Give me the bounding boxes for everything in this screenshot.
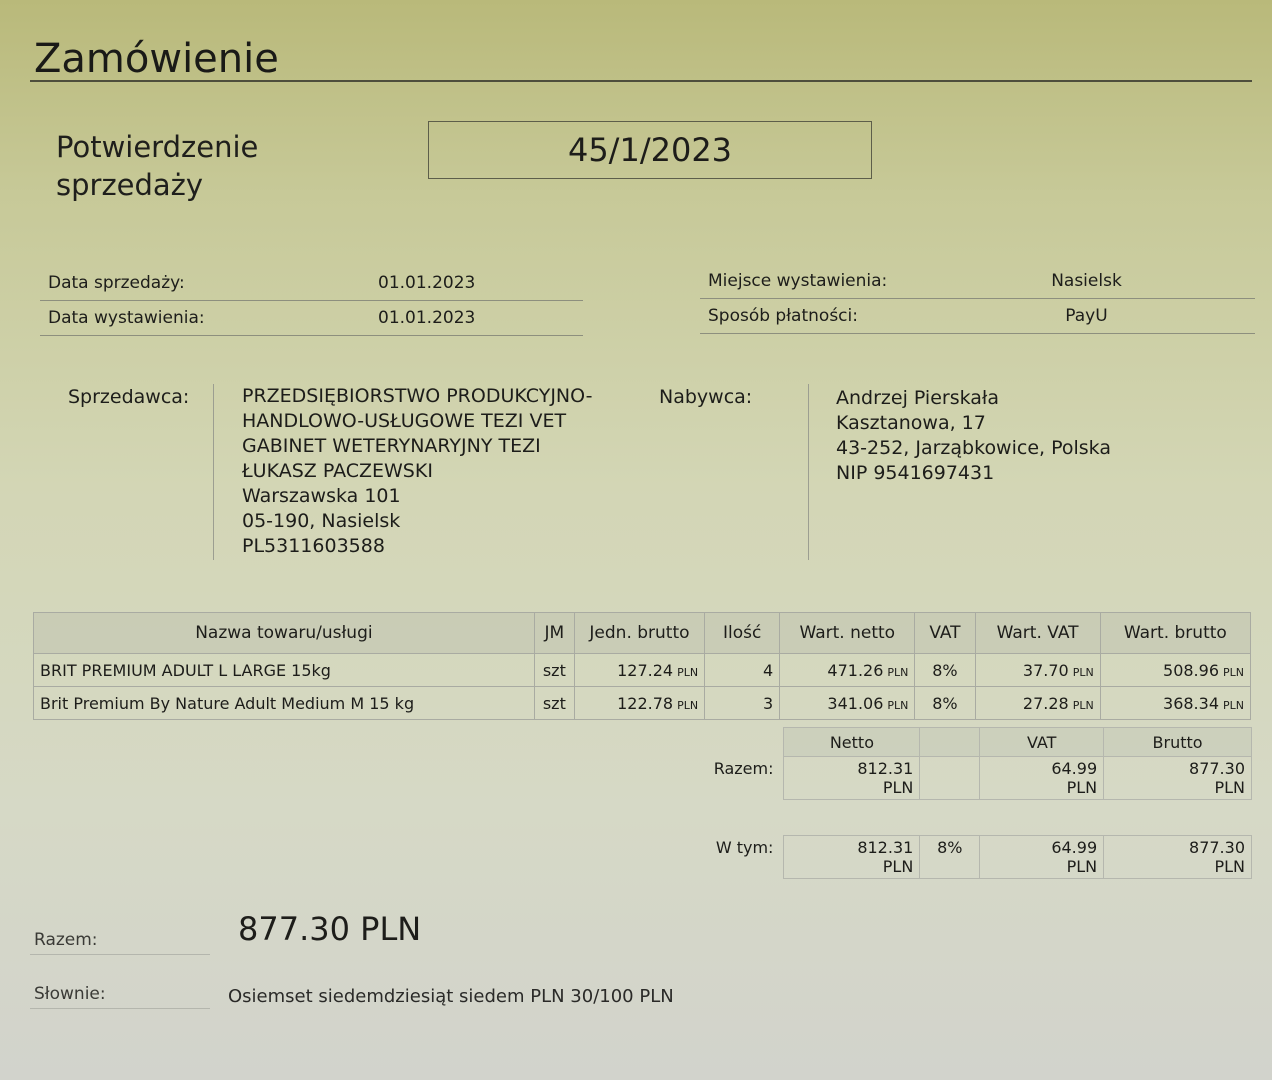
seller-line: 05-190, Nasielsk: [242, 509, 593, 534]
place-row: Miejsce wystawienia: Nasielsk: [700, 264, 1255, 299]
col-unit: JM: [534, 613, 574, 654]
item-vat: 37.70PLN: [975, 654, 1100, 687]
item-gross: 368.34PLN: [1100, 687, 1250, 720]
seller-line: Warszawska 101: [242, 484, 593, 509]
breakdown-row: W tym: 812.31PLN 8% 64.99PLN 877.30PLN: [700, 836, 1252, 879]
items-header-row: Nazwa towaru/usługi JM Jedn. brutto Iloś…: [34, 613, 1251, 654]
item-qty: 3: [705, 687, 780, 720]
amount-in-words-value: Osiemset siedemdziesiąt siedem PLN 30/10…: [228, 986, 674, 1007]
item-unit-gross: 122.78PLN: [574, 687, 704, 720]
item-qty: 4: [705, 654, 780, 687]
col-net: Wart. netto: [780, 613, 915, 654]
buyer-separator: [808, 384, 809, 560]
item-unit-gross: 127.24PLN: [574, 654, 704, 687]
col-name: Nazwa towaru/usługi: [34, 613, 535, 654]
title-divider: [30, 80, 1252, 82]
summary-net-header: Netto: [784, 728, 920, 757]
grand-total-label: Razem:: [34, 930, 98, 950]
place-value: Nasielsk: [968, 271, 1255, 291]
document-type-line-2: sprzedaży: [56, 166, 258, 204]
item-vat-rate: 8%: [915, 654, 975, 687]
breakdown-net: 812.31PLN: [784, 836, 920, 879]
buyer-line: 43-252, Jarząbkowice, Polska: [836, 436, 1111, 461]
buyer-line: Andrzej Pierskała: [836, 386, 1111, 411]
total-underline: [30, 954, 210, 955]
issue-date-row: Data wystawienia: 01.01.2023: [40, 301, 583, 336]
issue-date-label: Data wystawienia:: [40, 308, 378, 328]
seller-separator: [213, 384, 214, 560]
item-unit: szt: [534, 654, 574, 687]
seller-line: PL5311603588: [242, 534, 593, 559]
buyer-details: Andrzej PierskałaKasztanowa, 1743-252, J…: [836, 386, 1111, 486]
seller-label: Sprzedawca:: [68, 386, 189, 408]
seller-line: HANDLOWO-USŁUGOWE TEZI VET: [242, 409, 593, 434]
buyer-line: NIP 9541697431: [836, 461, 1111, 486]
item-net: 471.26PLN: [780, 654, 915, 687]
table-row: BRIT PREMIUM ADULT L LARGE 15kgszt127.24…: [34, 654, 1251, 687]
summary-total-net: 812.31PLN: [784, 757, 920, 800]
items-table: Nazwa towaru/usługi JM Jedn. brutto Iloś…: [33, 612, 1251, 720]
summary-gross-header: Brutto: [1104, 728, 1252, 757]
document-type-line-1: Potwierdzenie: [56, 128, 258, 166]
words-underline: [30, 1008, 210, 1009]
buyer-label: Nabywca:: [659, 386, 752, 408]
summary-total-row: Razem: 812.31PLN 64.99PLN 877.30PLN: [700, 757, 1252, 800]
payment-row: Sposób płatności: PayU: [700, 299, 1255, 334]
col-vat-rate: VAT: [915, 613, 975, 654]
page-title: Zamówienie: [34, 36, 279, 82]
item-vat-rate: 8%: [915, 687, 975, 720]
summary-total-gross: 877.30PLN: [1104, 757, 1252, 800]
sale-date-label: Data sprzedaży:: [40, 273, 378, 293]
document-number: 45/1/2023: [428, 121, 872, 179]
grand-total-value: 877.30 PLN: [238, 910, 421, 948]
meta-left: Data sprzedaży: 01.01.2023 Data wystawie…: [40, 266, 583, 336]
place-label: Miejsce wystawienia:: [700, 271, 968, 291]
seller-line: PRZEDSIĘBIORSTWO PRODUKCYJNO-: [242, 384, 593, 409]
seller-line: GABINET WETERYNARYJNY TEZI: [242, 434, 593, 459]
item-name: Brit Premium By Nature Adult Medium M 15…: [34, 687, 535, 720]
summary-rate-header: [920, 728, 980, 757]
summary-total-vat: 64.99PLN: [980, 757, 1104, 800]
item-name: BRIT PREMIUM ADULT L LARGE 15kg: [34, 654, 535, 687]
item-gross: 508.96PLN: [1100, 654, 1250, 687]
document-type: Potwierdzenie sprzedaży: [56, 128, 258, 204]
col-unit-gross: Jedn. brutto: [574, 613, 704, 654]
summary-total-label: Razem:: [700, 757, 784, 800]
breakdown-label: W tym:: [700, 836, 784, 879]
payment-label: Sposób płatności:: [700, 306, 968, 326]
meta-right: Miejsce wystawienia: Nasielsk Sposób pła…: [700, 264, 1255, 334]
summary-header-row: Netto VAT Brutto: [700, 728, 1252, 757]
seller-line: ŁUKASZ PACZEWSKI: [242, 459, 593, 484]
table-row: Brit Premium By Nature Adult Medium M 15…: [34, 687, 1251, 720]
col-vat: Wart. VAT: [975, 613, 1100, 654]
vat-breakdown-table: W tym: 812.31PLN 8% 64.99PLN 877.30PLN: [700, 835, 1252, 879]
summary-table: Netto VAT Brutto Razem: 812.31PLN 64.99P…: [700, 727, 1252, 800]
breakdown-gross: 877.30PLN: [1104, 836, 1252, 879]
breakdown-rate: 8%: [920, 836, 980, 879]
buyer-line: Kasztanowa, 17: [836, 411, 1111, 436]
issue-date-value: 01.01.2023: [378, 308, 583, 328]
item-net: 341.06PLN: [780, 687, 915, 720]
payment-value: PayU: [968, 306, 1255, 326]
item-vat: 27.28PLN: [975, 687, 1100, 720]
col-qty: Ilość: [705, 613, 780, 654]
amount-in-words-label: Słownie:: [34, 984, 106, 1004]
sale-date-row: Data sprzedaży: 01.01.2023: [40, 266, 583, 301]
seller-details: PRZEDSIĘBIORSTWO PRODUKCYJNO-HANDLOWO-US…: [242, 384, 593, 559]
sale-date-value: 01.01.2023: [378, 273, 583, 293]
summary-vat-header: VAT: [980, 728, 1104, 757]
breakdown-vat: 64.99PLN: [980, 836, 1104, 879]
col-gross: Wart. brutto: [1100, 613, 1250, 654]
item-unit: szt: [534, 687, 574, 720]
